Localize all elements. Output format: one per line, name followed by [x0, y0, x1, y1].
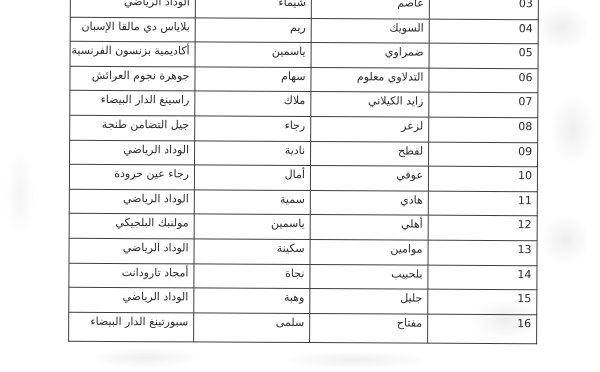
table-row: 11 هادي سمية الوداد الرياضي	[69, 189, 537, 216]
cell-club: جيل التضامن طنجة	[70, 115, 195, 140]
table-row: 13 موامين سكينة الوداد الرياضي	[69, 238, 537, 265]
cell-last-name: ضمراوي	[311, 43, 429, 68]
cell-last-name: أهلي	[310, 215, 428, 240]
table-row: 05 ضمراوي ياسمين أكاديمية بزنسون الفرنسي…	[70, 41, 538, 68]
table-row: 06 التدلاوي معلوم سهام جوهرة نجوم العرائ…	[70, 66, 538, 93]
table-row: 16 مفتاح سلمى سبورتينغ الدار البيضاء	[69, 312, 537, 343]
table-row: 15 جليل وهبة الوداد الرياضي	[69, 287, 537, 314]
cell-row-number: 14	[428, 265, 537, 290]
cell-row-number: 11	[428, 191, 537, 216]
cell-last-name: لفطح	[311, 141, 429, 166]
cell-club: الوداد الرياضي	[69, 287, 194, 312]
cell-club: رجاء عين حرودة	[69, 164, 194, 189]
table-row: 14 بلحبيب نجاة أمجاد تارودانت	[69, 263, 537, 290]
cell-club: مولنبك البلجيكي	[69, 214, 194, 239]
table-row: 08 لزعر رجاء جيل التضامن طنجة	[70, 115, 538, 142]
cell-first-name: رجاء	[195, 116, 311, 141]
cell-first-name: وهبة	[194, 288, 310, 313]
cell-last-name: زايد الكيلاني	[311, 92, 429, 117]
table-row: 04 السويك ريم بلاياس دي مالقا الإسبان	[70, 17, 538, 44]
scan-noise	[90, 348, 200, 368]
cell-row-number: 07	[429, 93, 538, 118]
cell-first-name: سكينة	[194, 239, 310, 264]
cell-last-name: مفتاح	[310, 313, 428, 343]
cell-first-name: ريم	[195, 18, 311, 43]
cell-first-name: أمال	[194, 165, 310, 190]
cell-last-name: عوفي	[310, 166, 428, 191]
scan-noise	[5, 150, 35, 240]
cell-last-name: التدلاوي معلوم	[311, 67, 429, 92]
cell-row-number: 04	[429, 19, 538, 44]
cell-row-number: 06	[429, 68, 538, 93]
cell-club: راسينغ الدار البيضاء	[70, 91, 195, 116]
cell-club: أكاديمية بزنسون الفرنسية	[70, 41, 195, 66]
cell-row-number: 13	[428, 240, 537, 265]
cell-last-name: لزعر	[311, 117, 429, 142]
cell-last-name: عاصم	[311, 0, 429, 19]
cell-club: سبورتينغ الدار البيضاء	[69, 312, 194, 342]
cell-last-name: هادي	[310, 190, 428, 215]
cell-last-name: بلحبيب	[310, 264, 428, 289]
cell-row-number: 03	[429, 0, 538, 19]
table-row: 07 زايد الكيلاني ملاك راسينغ الدار البيض…	[70, 91, 538, 118]
cell-last-name: السويك	[311, 18, 429, 43]
cell-row-number: 10	[428, 166, 537, 191]
cell-club: الوداد الرياضي	[69, 238, 194, 263]
table-row: 09 لفطح نادية الوداد الرياضي	[70, 140, 538, 167]
scan-noise	[550, 95, 595, 165]
cell-first-name: نادية	[195, 140, 311, 165]
cell-first-name: سلمى	[194, 313, 310, 343]
cell-last-name: موامين	[310, 239, 428, 264]
cell-club: جوهرة نجوم العرائش	[70, 66, 195, 91]
cell-first-name: سمية	[194, 190, 310, 215]
table-row: 10 عوفي أمال رجاء عين حرودة	[69, 164, 537, 191]
cell-row-number: 16	[428, 314, 537, 344]
cell-club: الوداد الرياضي	[70, 0, 195, 18]
cell-first-name: ياسمين	[195, 42, 311, 67]
roster-table-body: 03 عاصم شيماء الوداد الرياضي 04 السويك ر…	[69, 0, 539, 343]
players-roster-table: 03 عاصم شيماء الوداد الرياضي 04 السويك ر…	[68, 0, 539, 344]
cell-first-name: ياسمين	[194, 214, 310, 239]
cell-first-name: نجاة	[194, 263, 310, 288]
cell-club: الوداد الرياضي	[70, 140, 195, 165]
scanned-document-page: 03 عاصم شيماء الوداد الرياضي 04 السويك ر…	[0, 0, 600, 372]
scan-noise	[535, 5, 590, 50]
table-row: 12 أهلي ياسمين مولنبك البلجيكي	[69, 214, 537, 241]
cell-row-number: 05	[429, 43, 538, 68]
cell-row-number: 12	[428, 215, 537, 240]
scan-noise	[540, 215, 590, 265]
cell-club: بلاياس دي مالقا الإسبان	[70, 17, 195, 42]
cell-row-number: 08	[429, 117, 538, 142]
cell-first-name: سهام	[195, 67, 311, 92]
cell-first-name: ملاك	[195, 91, 311, 116]
cell-row-number: 15	[428, 289, 537, 314]
cell-club: أمجاد تارودانت	[69, 263, 194, 288]
scan-noise	[280, 352, 430, 368]
cell-last-name: جليل	[310, 289, 428, 314]
cell-row-number: 09	[429, 142, 538, 167]
cell-first-name: شيماء	[195, 0, 311, 18]
cell-club: الوداد الرياضي	[69, 189, 194, 214]
